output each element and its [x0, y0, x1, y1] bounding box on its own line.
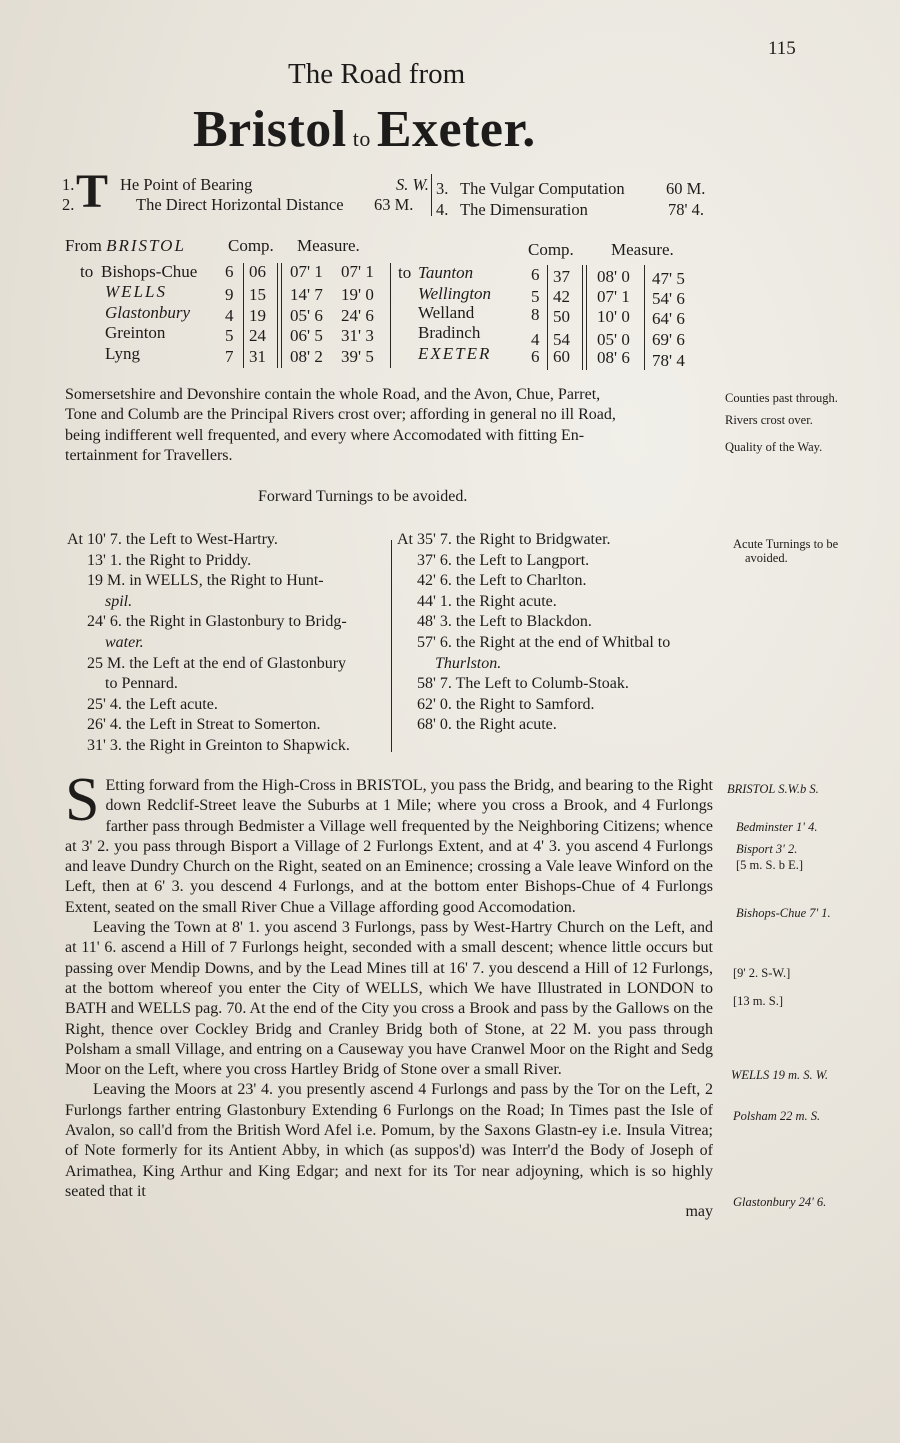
- row-comp-b: 60: [553, 347, 570, 368]
- row-meas-a: 08' 6: [597, 348, 630, 369]
- turning-item: 68' 0. the Right acute.: [397, 715, 670, 736]
- margin-note-bearing-9: [9' 2. S-W.]: [733, 966, 790, 981]
- turning-item: Thurlston.: [397, 654, 670, 675]
- margin-note-bedminster: Bedminster 1' 4.: [736, 820, 817, 835]
- measure-header-left: Measure.: [297, 236, 360, 257]
- row-place: Taunton: [418, 263, 473, 284]
- comp-header-left: Comp.: [228, 236, 274, 257]
- row-comp-a: 5: [225, 326, 234, 347]
- margin-note-quality: Quality of the Way.: [725, 440, 822, 455]
- margin-note-bearing-13m: [13 m. S.]: [733, 994, 783, 1009]
- counties-line: being indifferent well frequented, and e…: [65, 426, 713, 446]
- turning-item: spil.: [67, 592, 350, 613]
- row-comp-a: 4: [225, 306, 234, 327]
- row-meas-b: 64' 6: [652, 309, 685, 330]
- rule-right-double-b: [586, 265, 587, 370]
- row-meas-a: 08' 0: [597, 267, 630, 288]
- comp-header-right: Comp.: [528, 240, 574, 261]
- narrative-paragraph-3: Leaving the Moors at 23' 4. you presentl…: [65, 1080, 713, 1202]
- row-meas-b: 47' 5: [652, 269, 685, 290]
- row-place: Welland: [418, 303, 474, 324]
- margin-note-polsham: Polsham 22 m. S.: [733, 1109, 820, 1124]
- rule-right-measure: [644, 265, 645, 370]
- narrative-paragraph-2: Leaving the Town at 8' 1. you ascend 3 F…: [65, 918, 713, 1080]
- turning-item: 25 M. the Left at the end of Glastonbury: [67, 654, 350, 675]
- row-comp-b: 19: [249, 306, 266, 327]
- turning-item: 44' 1. the Right acute.: [397, 592, 670, 613]
- catchword: may: [65, 1202, 713, 1222]
- margin-note-wells: WELLS 19 m. S. W.: [731, 1068, 828, 1083]
- row-comp-a: 6: [225, 262, 234, 283]
- from-place: BRISTOL: [106, 236, 186, 255]
- row-comp-b: 50: [553, 307, 570, 328]
- row-comp-a: 6: [531, 347, 540, 368]
- row-place: WELLS: [105, 282, 167, 303]
- narrative-paragraph-1: SEtting forward from the High-Cross in B…: [65, 776, 713, 918]
- from-label: From BRISTOL: [65, 236, 186, 257]
- counties-line: Somersetshire and Devonshire contain the…: [65, 385, 713, 405]
- row-meas-b: 69' 6: [652, 330, 685, 351]
- turning-item: 31' 3. the Right in Greinton to Shapwick…: [67, 736, 350, 757]
- turning-item: 57' 6. the Right at the end of Whitbal t…: [397, 633, 670, 654]
- turning-item: 25' 4. the Left acute.: [67, 695, 350, 716]
- turning-item: 24' 6. the Right in Glastonbury to Bridg…: [67, 612, 350, 633]
- margin-note-acute-2: avoided.: [745, 551, 788, 566]
- row-meas-b: 24' 6: [341, 306, 374, 327]
- row-comp-b: 15: [249, 285, 266, 306]
- row-meas-a: 08' 2: [290, 347, 323, 368]
- rule-left-double-b: [281, 263, 282, 368]
- margin-note-bristol: BRISTOL S.W.b S.: [727, 782, 819, 797]
- row-place: Lyng: [105, 344, 140, 365]
- turning-item: 48' 3. the Left to Blackdon.: [397, 612, 670, 633]
- margin-note-bisport: Bisport 3' 2.: [736, 842, 797, 857]
- row-meas-b: 19' 0: [341, 285, 374, 306]
- row-meas-a: 05' 6: [290, 306, 323, 327]
- turning-item: 37' 6. the Left to Langport.: [397, 551, 670, 572]
- from-label-text: From: [65, 236, 102, 255]
- turnings-divider: [391, 540, 392, 752]
- row-place: Bradinch: [418, 323, 480, 344]
- row-comp-b: 37: [553, 267, 570, 288]
- row-comp-b: 31: [249, 347, 266, 368]
- row-meas-a: 14' 7: [290, 285, 323, 306]
- rule-right-double-a: [582, 265, 583, 370]
- margin-note-acute-1: Acute Turnings to be: [733, 537, 838, 552]
- turning-item: 19 M. in WELLS, the Right to Hunt-: [67, 571, 350, 592]
- turning-item: 13' 1. the Right to Priddy.: [67, 551, 350, 572]
- rule-center: [390, 263, 391, 368]
- counties-line: tertainment for Travellers.: [65, 446, 713, 466]
- margin-note-glastonbury: Glastonbury 24' 6.: [733, 1195, 826, 1210]
- row-comp-b: 42: [553, 287, 570, 308]
- row-meas-a: 07' 1: [597, 287, 630, 308]
- turning-item: 62' 0. the Right to Samford.: [397, 695, 670, 716]
- row-place: Greinton: [105, 323, 165, 344]
- rule-left-double-a: [277, 263, 278, 368]
- measure-header-right: Measure.: [611, 240, 674, 261]
- row-meas-b: 07' 1: [341, 262, 374, 283]
- row-place: EXETER: [418, 344, 491, 365]
- itinerary-table: From BRISTOL Comp. Measure. Comp. Measur…: [0, 0, 900, 380]
- row-meas-a: 06' 5: [290, 326, 323, 347]
- row-comp-a: 6: [531, 265, 540, 286]
- row-comp-b: 24: [249, 326, 266, 347]
- row-meas-b: 31' 3: [341, 326, 374, 347]
- turning-item: 26' 4. the Left in Streat to Somerton.: [67, 715, 350, 736]
- margin-note-bearing-5m: [5 m. S. b E.]: [736, 858, 803, 873]
- row-meas-b: 39' 5: [341, 347, 374, 368]
- drop-initial-S: S: [65, 776, 99, 824]
- row-prefix: to: [398, 263, 411, 284]
- margin-note-bishops-chue: Bishops-Chue 7' 1.: [736, 906, 831, 921]
- turning-item: At 35' 7. the Right to Bridgwater.: [397, 530, 670, 551]
- turnings-right-column: At 35' 7. the Right to Bridgwater. 37' 6…: [397, 530, 670, 736]
- row-prefix: to: [80, 262, 93, 283]
- row-meas-b: 78' 4: [652, 351, 685, 372]
- row-comp-a: 9: [225, 285, 234, 306]
- row-comp-b: 06: [249, 262, 266, 283]
- rule-left-comp: [243, 263, 244, 368]
- turnings-left-column: At 10' 7. the Left to West-Hartry. 13' 1…: [67, 530, 350, 757]
- forward-turnings-title: Forward Turnings to be avoided.: [258, 488, 467, 506]
- narrative-body: SEtting forward from the High-Cross in B…: [65, 776, 713, 1223]
- rule-right-comp: [547, 265, 548, 370]
- turning-item: to Pennard.: [67, 674, 350, 695]
- row-place: Glastonbury: [105, 303, 190, 324]
- turning-item: water.: [67, 633, 350, 654]
- row-comp-a: 8: [531, 305, 540, 326]
- counties-paragraph: Somersetshire and Devonshire contain the…: [65, 385, 713, 466]
- narrative-paragraph-1-text: Etting forward from the High-Cross in BR…: [65, 777, 713, 916]
- turning-item: 58' 7. The Left to Columb-Stoak.: [397, 674, 670, 695]
- turning-item: At 10' 7. the Left to West-Hartry.: [67, 530, 350, 551]
- row-place: Bishops-Chue: [101, 262, 197, 283]
- row-place: Wellington: [418, 284, 491, 305]
- row-comp-a: 7: [225, 347, 234, 368]
- row-meas-a: 10' 0: [597, 307, 630, 328]
- row-meas-a: 07' 1: [290, 262, 323, 283]
- row-meas-b: 54' 6: [652, 289, 685, 310]
- turning-item: 42' 6. the Left to Charlton.: [397, 571, 670, 592]
- margin-note-rivers: Rivers crost over.: [725, 413, 813, 428]
- margin-note-counties: Counties past through.: [725, 391, 838, 406]
- counties-line: Tone and Columb are the Principal Rivers…: [65, 405, 713, 425]
